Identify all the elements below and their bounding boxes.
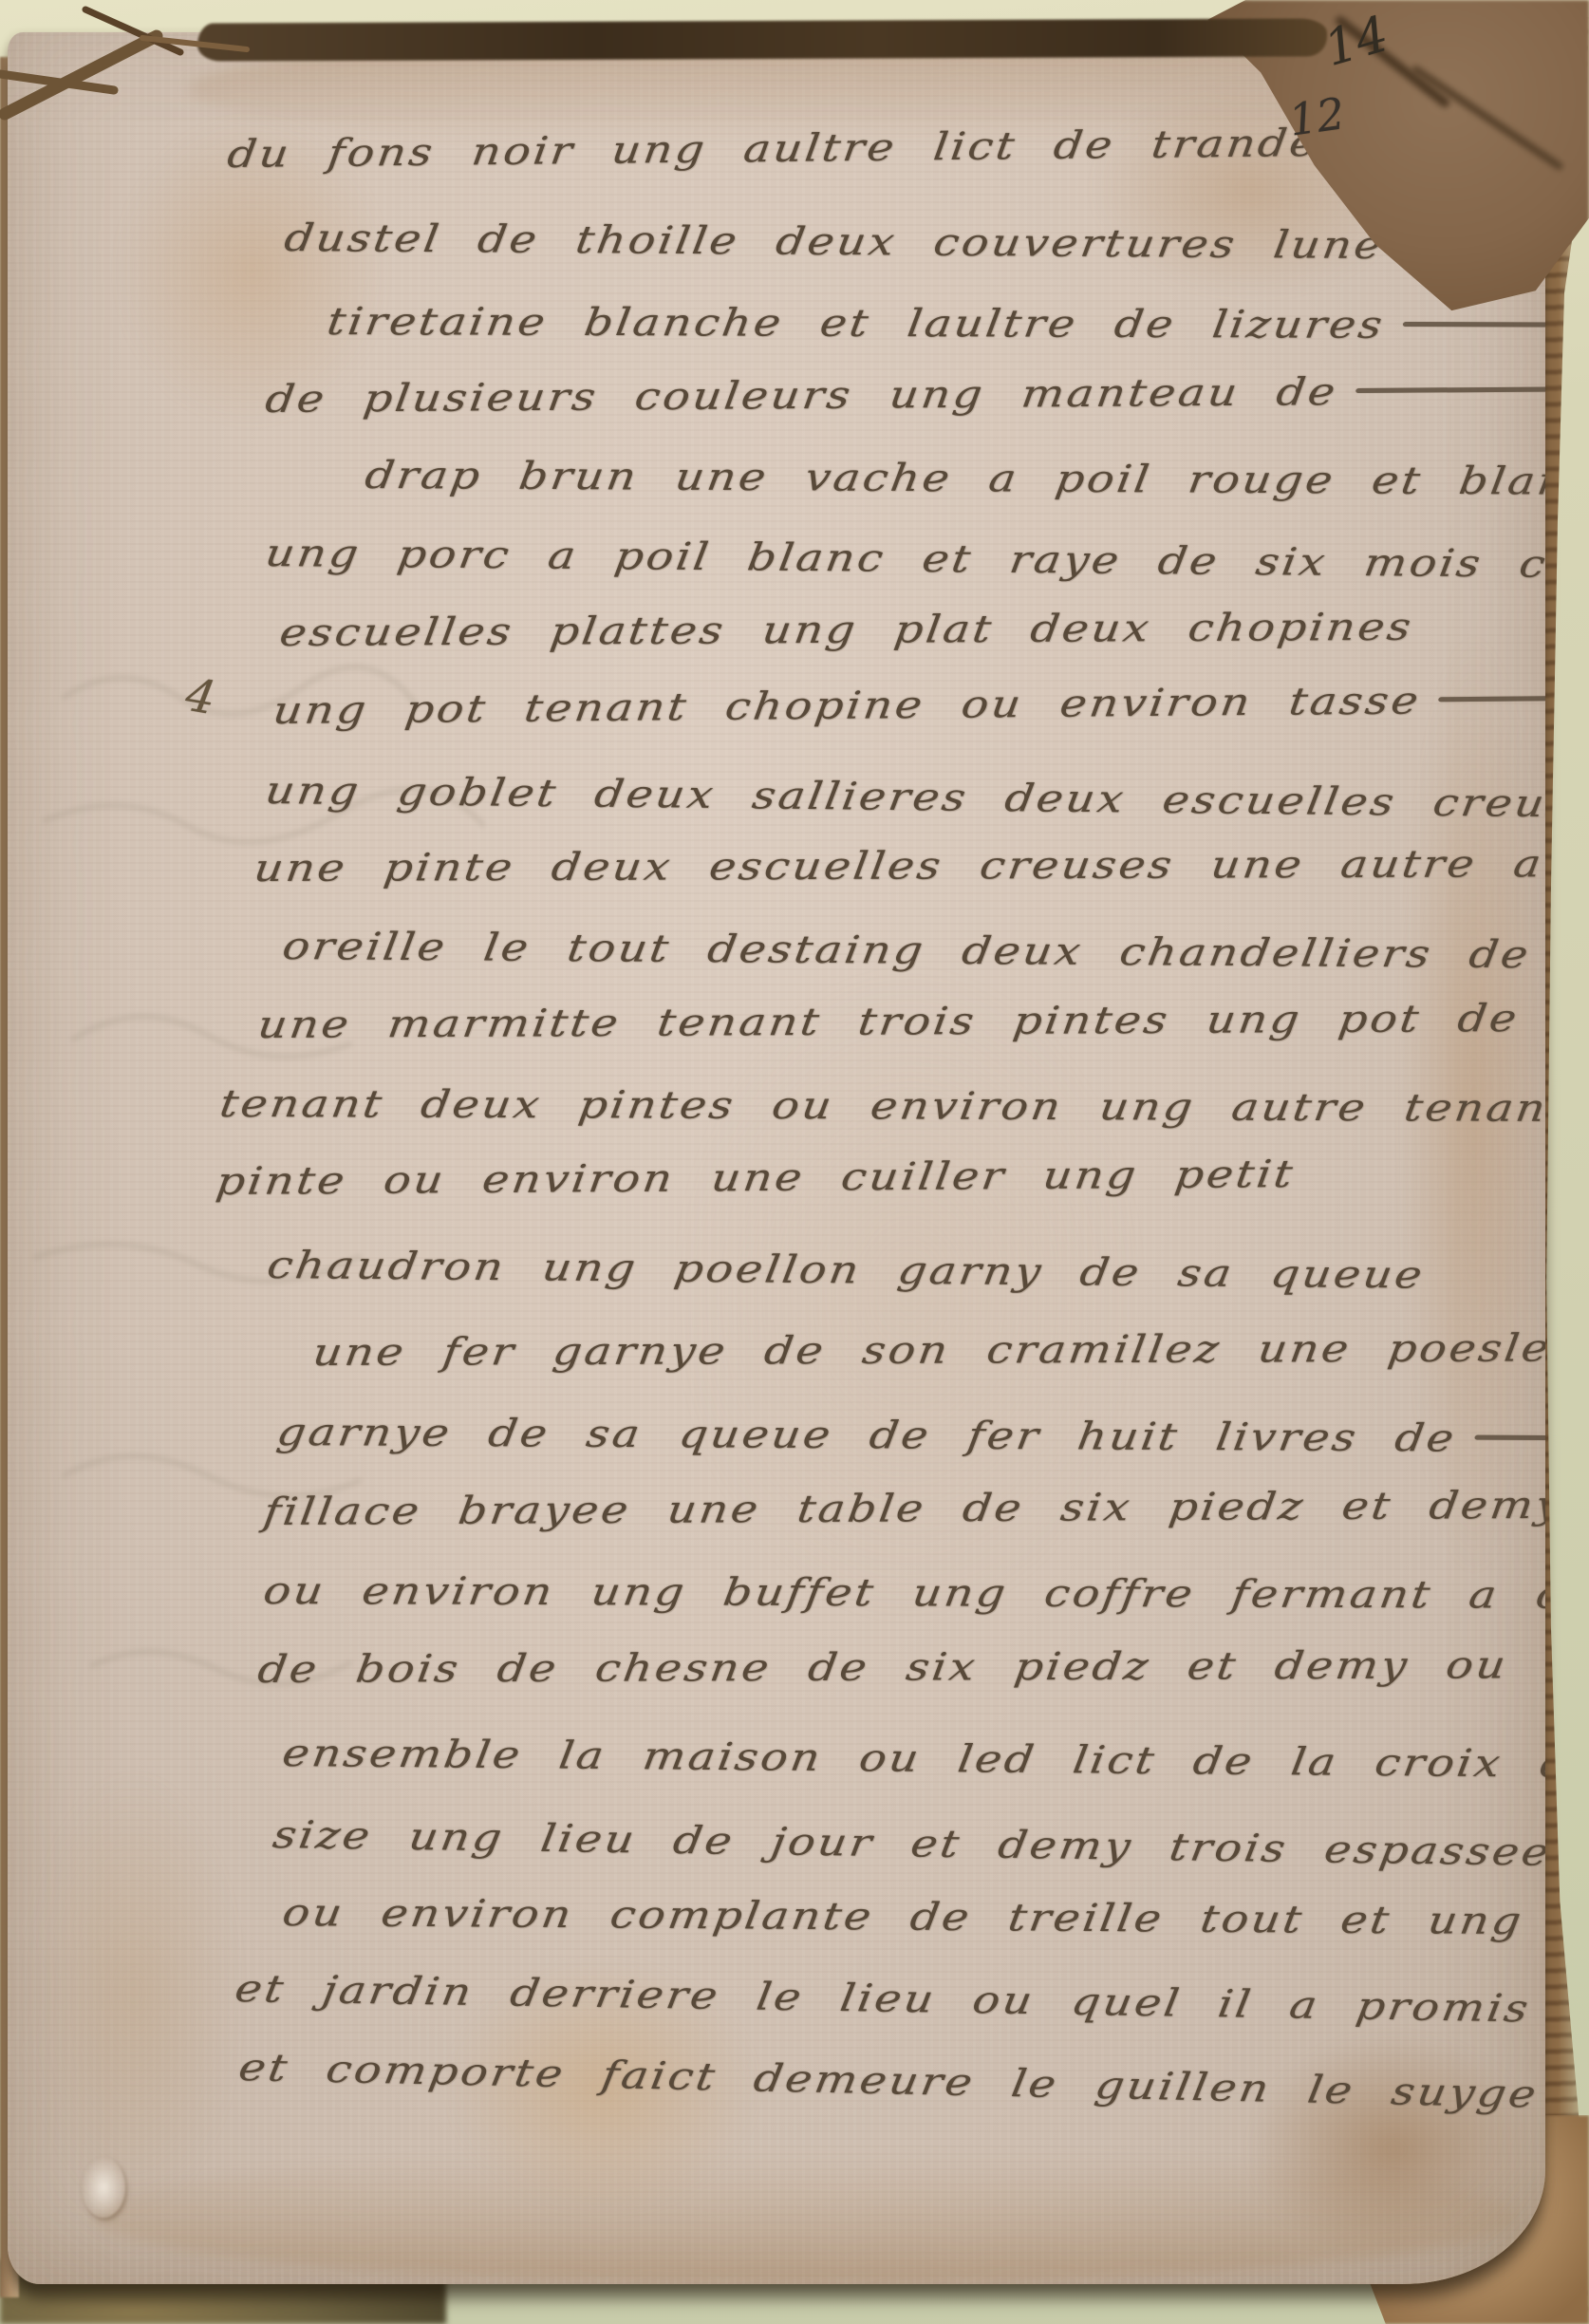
manuscript-line-text: fillace brayee une table de six piedz et… [261, 1484, 1545, 1534]
manuscript-line-4: de plusieurs couleurs ung manteau de [263, 368, 1545, 422]
manuscript-line-text: ou environ complante de treille tout et … [280, 1891, 1545, 1945]
manuscript-line-text: une marmitte tenant trois pintes ung pot… [255, 996, 1545, 1047]
manuscript-line-25: et comporte faict demeure le guillen le … [235, 2046, 1542, 2117]
line-filler-stroke [1474, 1435, 1545, 1441]
manuscript-line-8: ung pot tenant chopine ou environ tasse [271, 678, 1545, 734]
manuscript-line-text: de plusieurs couleurs ung manteau de [263, 370, 1340, 422]
manuscript-line-text: escuelles plattes ung plat deux chopines [277, 606, 1416, 655]
manuscript-line-16: une fer garnye de son cramillez une poes… [310, 1326, 1545, 1375]
manuscript-line-3: tiretaine blanche et laultre de lizures [325, 300, 1545, 348]
folio-number-12: 12 [1286, 87, 1348, 146]
manuscript-line-text: du fons noir ung aultre lict de trande s… [225, 121, 1441, 177]
manuscript-line-text: de bois de chesne de six piedz et demy o… [255, 1643, 1545, 1692]
manuscript-line-24: et jardin derriere le lieu ou quel il a … [232, 1967, 1545, 2033]
manuscript-line-text: ou environ ung buffet ung coffre fermant… [261, 1569, 1545, 1618]
handwritten-text-block: du fons noir ung aultre lict de trande s… [8, 32, 1545, 2284]
manuscript-line-5: drap brun une vache a poil rouge et blan… [363, 454, 1545, 504]
manuscript-photo: du fons noir ung aultre lict de trande s… [0, 0, 1589, 2324]
manuscript-line-text: et jardin derriere le lieu ou quel il a … [232, 1967, 1533, 2031]
manuscript-line-text: garnye de sa queue de fer huit livres de [274, 1411, 1460, 1460]
line-filler-stroke [1438, 696, 1545, 703]
manuscript-line-12: une marmitte tenant trois pintes ung pot… [255, 996, 1545, 1047]
manuscript-line-text: ensemble la maison ou led lict de la cro… [280, 1732, 1545, 1789]
manuscript-line-text: oreille le tout destaing deux chandellie… [280, 925, 1545, 979]
top-edge-crust [197, 18, 1327, 61]
line-filler-stroke [1402, 322, 1545, 328]
manuscript-line-text: dustel de thoille deux couvertures lune … [282, 216, 1486, 269]
manuscript-line-9: ung goblet deux sallieres deux escuelles… [263, 769, 1545, 827]
manuscript-line-text: ung porc a poil blanc et raye de six moi… [263, 532, 1545, 587]
manuscript-line-19: ou environ ung buffet ung coffre fermant… [261, 1569, 1545, 1618]
manuscript-line-23: ou environ complante de treille tout et … [280, 1891, 1545, 1946]
manuscript-line-text: size ung lieu de jour et demy trois espa… [270, 1813, 1545, 1875]
manuscript-line-text: chaudron ung poellon garny de sa queue [265, 1244, 1428, 1298]
manuscript-line-13: tenant deux pintes ou environ ung autre … [217, 1082, 1545, 1131]
manuscript-line-text: drap brun une vache a poil rouge et blan… [363, 454, 1545, 504]
manuscript-page: du fons noir ung aultre lict de trande s… [8, 32, 1545, 2284]
manuscript-line-text: tenant deux pintes ou environ ung autre … [217, 1082, 1545, 1131]
manuscript-line-17: garnye de sa queue de fer huit livres de [274, 1411, 1545, 1462]
manuscript-line-2: dustel de thoille deux couvertures lune … [282, 216, 1545, 270]
manuscript-line-10: une pinte deux escuelles creuses une aut… [252, 842, 1545, 890]
binding-twig [0, 0, 285, 161]
manuscript-line-11: oreille le tout destaing deux chandellie… [280, 925, 1545, 979]
manuscript-line-text: et comporte faict demeure le guillen le … [235, 2046, 1542, 2117]
manuscript-line-15: chaudron ung poellon garny de sa queue [265, 1244, 1428, 1298]
manuscript-line-18: fillace brayee une table de six piedz et… [261, 1483, 1545, 1534]
manuscript-line-text: tiretaine blanche et laultre de lizures [325, 300, 1388, 347]
manuscript-line-text: ung pot tenant chopine ou environ tasse [271, 679, 1424, 733]
manuscript-line-text: une fer garnye de son cramillez une poes… [310, 1326, 1545, 1375]
manuscript-line-text: ung goblet deux sallieres deux escuelles… [263, 769, 1545, 827]
manuscript-line-text: pinte ou environ une cuiller ung petit [214, 1153, 1298, 1204]
manuscript-line-7: escuelles plattes ung plat deux chopines [277, 606, 1416, 655]
manuscript-line-21: ensemble la maison ou led lict de la cro… [280, 1732, 1545, 1789]
manuscript-line-6: ung porc a poil blanc et raye de six moi… [263, 532, 1545, 587]
line-filler-stroke [1355, 386, 1545, 392]
corner-crease [1411, 65, 1564, 172]
manuscript-line-text: une pinte deux escuelles creuses une aut… [252, 842, 1545, 890]
manuscript-line-14: pinte ou environ une cuiller ung petit [214, 1153, 1298, 1204]
manuscript-line-20: de bois de chesne de six piedz et demy o… [255, 1643, 1545, 1692]
manuscript-line-22: size ung lieu de jour et demy trois espa… [270, 1813, 1545, 1878]
